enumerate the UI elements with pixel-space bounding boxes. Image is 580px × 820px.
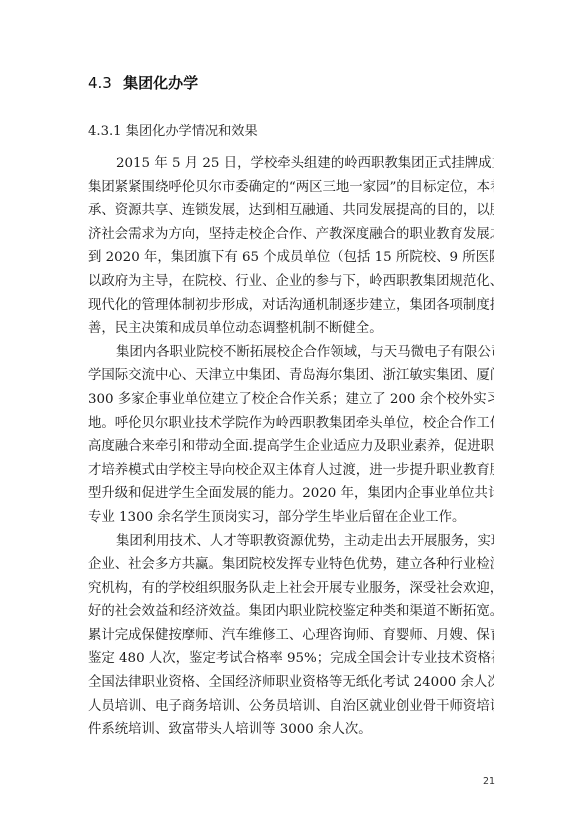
subsection-title: 集团化办学情况和效果 bbox=[126, 124, 258, 139]
paragraph-3-line: 全国法律职业资格、全国经济师职业资格等无纸化考试 24000 余人次；完成财务 bbox=[88, 671, 494, 695]
paragraph-3-line: 究机构，有的学校组织服务队走上社会开展专业服务，深受社会欢迎，产生了良 bbox=[88, 577, 494, 601]
paragraph-3-line: 累计完成保健按摩师、汽车维修工、心理咨询师、育婴师、月嫂、保育员等工种 bbox=[88, 624, 494, 648]
paragraph-1-line: 济社会需求为方向，坚持走校企合作、产教深度融合的职业教育发展之路。截至 bbox=[88, 223, 494, 247]
subsection-heading: 4.3.1 集团化办学情况和效果 bbox=[88, 120, 258, 139]
paragraph-2-line: 型升级和促进学生全面发展的能力。2020 年，集团内企事业单位共计接收 30 个 bbox=[88, 482, 494, 506]
paragraph-2-line: 集团内各职业院校不断拓展校企合作领域，与天马微电子有限公司、青岛大 bbox=[88, 341, 494, 365]
paragraph-2-line: 300 多家企事业单位建立了校企合作关系；建立了 200 余个校外实习实训就业基 bbox=[88, 388, 494, 412]
subsection-number: 4.3.1 bbox=[88, 124, 122, 139]
document-page: 4.3 集团化办学 4.3.1 集团化办学情况和效果 2015 年 5 月 25… bbox=[0, 0, 580, 820]
paragraph-1-line: 2015 年 5 月 25 日，学校牵头组建的岭西职教集团正式挂牌成立。岭西职教 bbox=[88, 152, 494, 176]
section-heading: 4.3 集团化办学 bbox=[88, 72, 198, 93]
page-number: 21 bbox=[483, 776, 495, 787]
paragraph-2-line: 高度融合来牵引和带动全面.提高学生企业适应力及职业素养，促进职业教育人 bbox=[88, 435, 494, 459]
body-text: 2015 年 5 月 25 日，学校牵头组建的岭西职教集团正式挂牌成立。岭西职教… bbox=[88, 152, 494, 742]
paragraph-1-line: 现代化的管理体制初步形成，对话沟通机制逐步建立，集团各项制度措施日益完 bbox=[88, 294, 494, 318]
paragraph-1-line: 善，民主决策和成员单位动态调整机制不断健全。 bbox=[88, 317, 494, 341]
paragraph-1-line: 集团紧紧围绕呼伦贝尔市委确定的“两区三地一家园”的目标定位，本着责任共 bbox=[88, 176, 494, 200]
paragraph-2-line: 地。呼伦贝尔职业技术学院作为岭西职教集团牵头单位，校企合作工作始终坚持 bbox=[88, 412, 494, 436]
paragraph-2-line: 才培养模式由学校主导向校企双主体育人过渡，进一步提升职业教育服务产业转 bbox=[88, 459, 494, 483]
paragraph-3-line: 好的社会效益和经济效益。集团内职业院校鉴定种类和渠道不断拓宽。2020 年 bbox=[88, 600, 494, 624]
paragraph-3-line: 件系统培训、致富带头人培训等 3000 余人次。 bbox=[88, 718, 494, 742]
paragraph-3-line: 集团利用技术、人才等职教资源优势，主动走出去开展服务，实现了学校、 bbox=[88, 530, 494, 554]
paragraph-2-line: 学国际交流中心、天津立中集团、青岛海尔集团、浙江敏实集团、厦门等区内外 bbox=[88, 364, 494, 388]
paragraph-3-line: 企业、社会多方共赢。集团院校发挥专业特色优势，建立各种行业检测中心和研 bbox=[88, 553, 494, 577]
section-number: 4.3 bbox=[88, 74, 112, 92]
paragraph-3-line: 人员培训、电子商务培训、公务员培训、自治区就业创业骨干师资培训、绩效软 bbox=[88, 695, 494, 719]
paragraph-1-line: 到 2020 年，集团旗下有 65 个成员单位（包括 15 所院校、9 所医院、… bbox=[88, 246, 494, 270]
section-title: 集团化办学 bbox=[123, 74, 198, 92]
paragraph-1-line: 承、资源共享、连锁发展，达到相互融通、共同发展提高的目的，以服务地方经 bbox=[88, 199, 494, 223]
paragraph-1-line: 以政府为主导，在院校、行业、企业的参与下，岭西职教集团规范化、科学化、 bbox=[88, 270, 494, 294]
paragraph-2-line: 专业 1300 余名学生顶岗实习，部分学生毕业后留在企业工作。 bbox=[88, 506, 494, 530]
paragraph-3-line: 鉴定 480 人次，鉴定考试合格率 95%；完成全国会计专业技术资格初级、中级、 bbox=[88, 647, 494, 671]
